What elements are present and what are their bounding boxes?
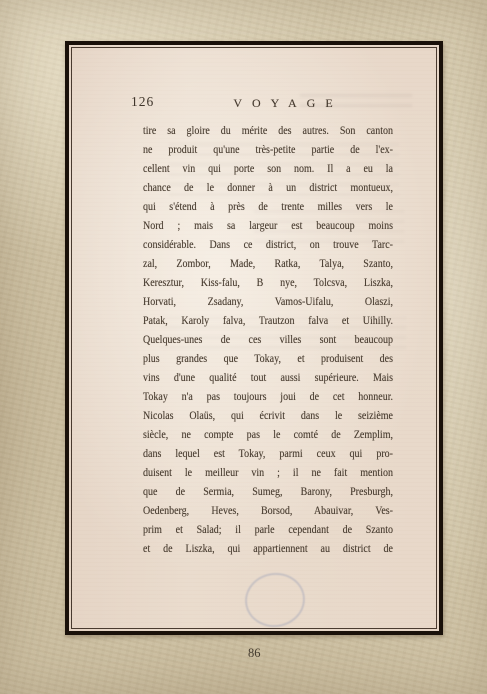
text-line: dans lequel est Tokay, parmi ceux qui pr… [143, 444, 393, 463]
text-line: considérable. Dans ce district, on trouv… [143, 235, 393, 254]
text-line: cellent vin qui porte son nom. Il a eu l… [143, 159, 393, 178]
text-line: Quelques-unes de ces villes sont beaucou… [143, 330, 393, 349]
text-line: Horvati, Zsadany, Vamos-Uifalu, Olaszi, [143, 292, 393, 311]
text-line: zal, Zombor, Made, Ratka, Talya, Szanto, [143, 254, 393, 273]
text-line: Patak, Karoly falva, Trautzon falva et U… [143, 311, 393, 330]
text-line: qui s'étend à près de trente milles vers… [143, 197, 393, 216]
footer-page-number: 86 [248, 646, 261, 661]
body-text-block: tire sa gloire du mérite des autres. Son… [143, 121, 393, 558]
text-line: tire sa gloire du mérite des autres. Son… [143, 121, 393, 140]
library-stamp-mark [242, 569, 309, 631]
text-line: plus grandes que Tokay, et produisent de… [143, 349, 393, 368]
text-line: Tokay n'a pas toujours joui de cet honne… [143, 387, 393, 406]
text-line: et de Liszka, qui appartiennent au distr… [143, 539, 393, 558]
text-line: vins d'une qualité tout aussi supérieure… [143, 368, 393, 387]
text-line: ne produit qu'une très-petite partie de … [143, 140, 393, 159]
text-line: Keresztur, Kiss-falu, B nye, Tolcsva, Li… [143, 273, 393, 292]
text-line: Oedenberg, Heves, Borsod, Abauivar, Ves- [143, 501, 393, 520]
text-line: que de Sermia, Sumeg, Barony, Presburgh, [143, 482, 393, 501]
text-line: siècle, ne compte pas le comté de Zempli… [143, 425, 393, 444]
text-line: Nord ; mais sa largeur est beaucoup moin… [143, 216, 393, 235]
running-title: VOYAGE [137, 96, 439, 111]
text-line: Nicolas Olaüs, qui écrivit dans le seizi… [143, 406, 393, 425]
book-page-frame: 126 VOYAGE tire sa gloire du mérite des … [65, 41, 443, 635]
text-line: duisent le meilleur vin ; il ne fait men… [143, 463, 393, 482]
text-line: chance de le donner à un district montue… [143, 178, 393, 197]
text-line: prim et Salad; il parle cependant de Sza… [143, 520, 393, 539]
